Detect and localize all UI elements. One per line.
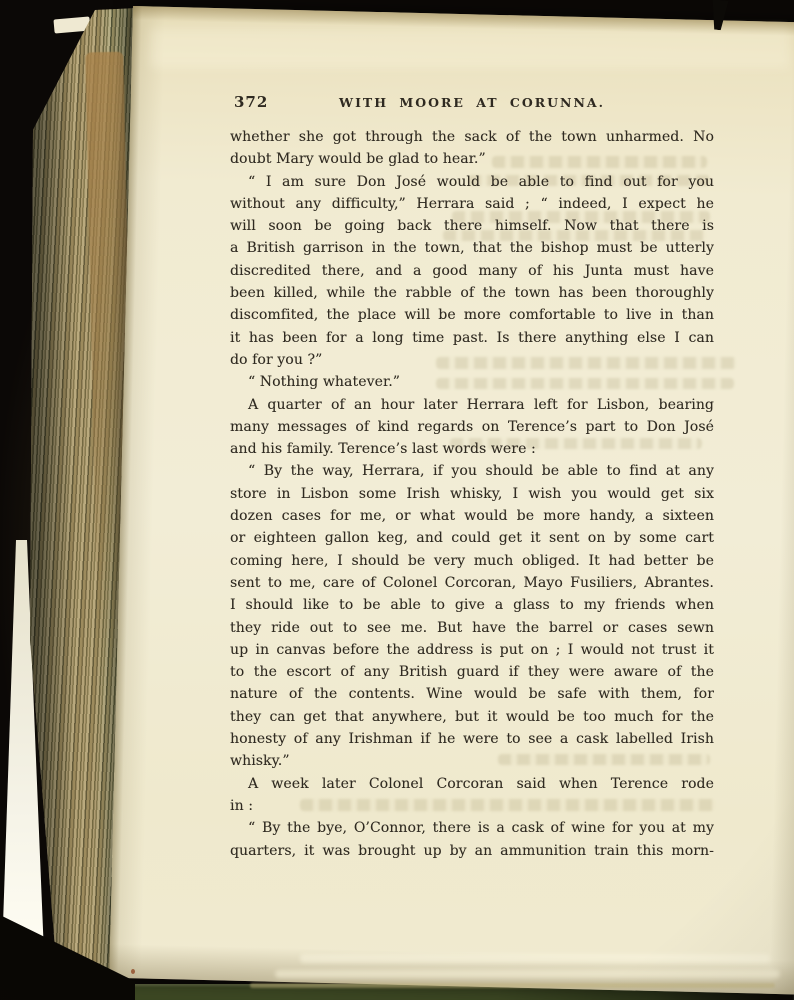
text-line: been killed, while the rabble of the tow…: [230, 282, 714, 304]
text-line: store in Lisbon some Irish whisky, I wis…: [230, 483, 714, 505]
page-header: 372 WITH MOORE AT CORUNNA.: [230, 93, 714, 113]
text-line: discomfited, the place will be more comf…: [230, 304, 714, 326]
text-line: will soon be going back there himself. N…: [230, 215, 714, 237]
text-line: they can get that anywhere, but it would…: [230, 706, 714, 728]
text-line: up in canvas before the address is put o…: [230, 639, 714, 661]
text-line: without any difficulty,” Herrara said ; …: [230, 193, 714, 215]
text-line: “ By the bye, O’Connor, there is a cask …: [230, 817, 714, 839]
text-line: whether she got through the sack of the …: [230, 126, 714, 148]
text-line: “ Nothing whatever.”: [230, 371, 714, 393]
text-line: nature of the contents. Wine would be sa…: [230, 683, 714, 705]
text-line: in :: [230, 795, 714, 817]
foxing-spot: [131, 969, 135, 974]
text-line: discredited there, and a good many of hi…: [230, 260, 714, 282]
text-line: to the escort of any British guard if th…: [230, 661, 714, 683]
text-line: many messages of kind regards on Terence…: [230, 416, 714, 438]
text-line: doubt Mary would be glad to hear.”: [230, 148, 714, 170]
text-line: A quarter of an hour later Herrara left …: [230, 394, 714, 416]
text-line: a British garrison in the town, that the…: [230, 237, 714, 259]
text-line: A week later Colonel Corcoran said when …: [230, 773, 714, 795]
text-line: they ride out to see me. But have the ba…: [230, 617, 714, 639]
text-line: I should like to be able to give a glass…: [230, 594, 714, 616]
text-line: “ I am sure Don José would be able to fi…: [230, 171, 714, 193]
text-line: dozen cases for me, or what would be mor…: [230, 505, 714, 527]
text-line: whisky.”: [230, 750, 714, 772]
text-line: quarters, it was brought up by an ammuni…: [230, 840, 714, 862]
text-line: honesty of any Irishman if he were to se…: [230, 728, 714, 750]
text-line: “ By the way, Herrara, if you should be …: [230, 460, 714, 482]
text-line: or eighteen gallon keg, and could get it…: [230, 527, 714, 549]
page-body: whether she got through the sack of the …: [230, 126, 714, 862]
running-title: WITH MOORE AT CORUNNA.: [230, 95, 714, 110]
text-line: sent to me, care of Colonel Corcoran, Ma…: [230, 572, 714, 594]
page-content: 372 WITH MOORE AT CORUNNA. whether she g…: [0, 0, 794, 1000]
text-line: coming here, I should be very much oblig…: [230, 550, 714, 572]
text-line: do for you ?”: [230, 349, 714, 371]
text-line: and his family. Terence’s last words wer…: [230, 438, 714, 460]
text-line: it has been for a long time past. Is the…: [230, 327, 714, 349]
book-photo: 372 WITH MOORE AT CORUNNA. whether she g…: [0, 0, 794, 1000]
